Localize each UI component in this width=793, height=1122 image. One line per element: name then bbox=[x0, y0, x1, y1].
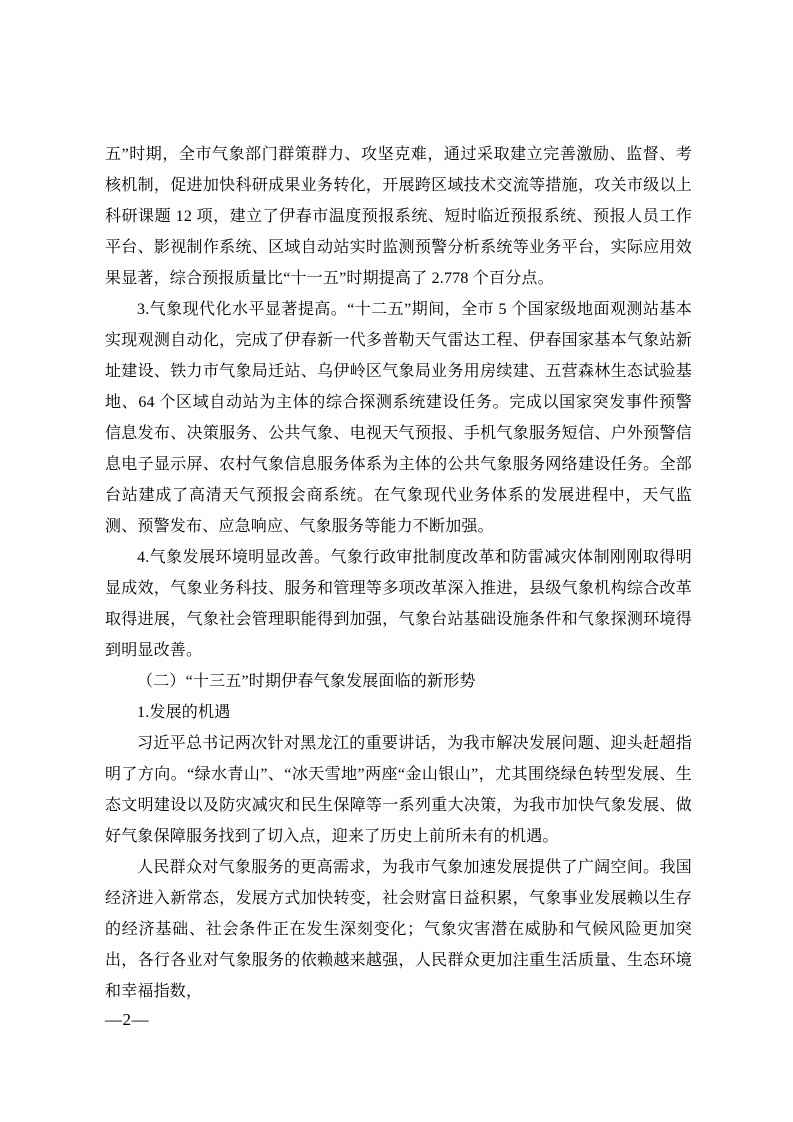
section-heading-2-new-situation: （二）“十三五”时期伊春气象发展面临的新形势 bbox=[105, 666, 692, 697]
document-page: 五”时期，全市气象部门群策群力、攻坚克难，通过采取建立完善激励、监督、考核机制，… bbox=[0, 0, 793, 1122]
paragraph-item-4-environment: 4.气象发展环境明显改善。气象行政审批制度改革和防雷减灾体制刚刚取得明显成效，气… bbox=[105, 542, 692, 666]
document-body: 五”时期，全市气象部门群策群力、攻坚克难，通过采取建立完善激励、监督、考核机制，… bbox=[105, 139, 692, 1007]
paragraph-item-3-modernization: 3.气象现代化水平显著提高。“十二五”期间，全市 5 个国家级地面观测站基本实现… bbox=[105, 294, 692, 542]
paragraph-continuation: 五”时期，全市气象部门群策群力、攻坚克难，通过采取建立完善激励、监督、考核机制，… bbox=[105, 139, 692, 294]
paragraph-opportunities-speech: 习近平总书记两次针对黑龙江的重要讲话，为我市解决发展问题、迎头赶超指明了方向。“… bbox=[105, 728, 692, 852]
page-number: —2— bbox=[105, 1004, 149, 1035]
subsection-heading-1-opportunities: 1.发展的机遇 bbox=[105, 697, 692, 728]
paragraph-public-demand: 人民群众对气象服务的更高需求，为我市气象加速发展提供了广阔空间。我国经济进入新常… bbox=[105, 852, 692, 1007]
